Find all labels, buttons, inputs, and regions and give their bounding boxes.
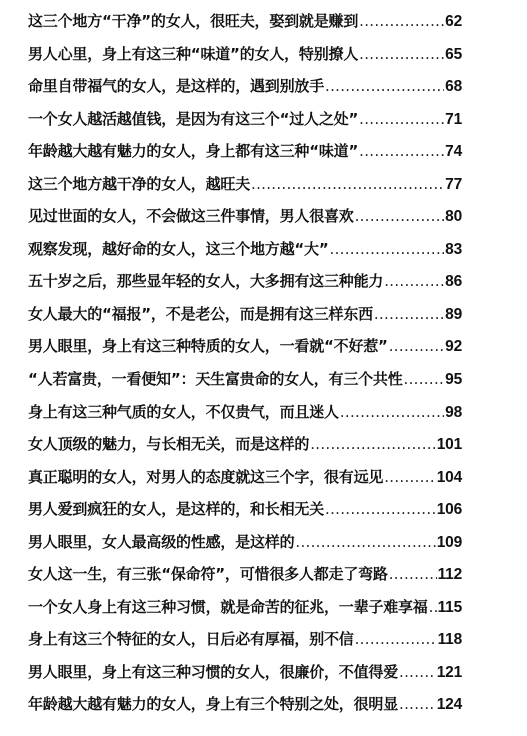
toc-entry[interactable]: 身上有这三种气质的女人，不仅贵气，而且迷人98 [28,399,462,432]
toc-entry-title: 真正聪明的女人，对男人的态度就这三个字，很有远见 [28,464,383,490]
toc-entry-title: 女人这一生，有三张“保命符”，可惜很多人都走了弯路 [28,561,388,587]
toc-entry-title: 男人眼里，女人最高级的性感，是这样的 [28,529,294,555]
toc-entry-page: 68 [445,74,462,100]
toc-entry[interactable]: 见过世面的女人，不会做这三件事情，男人很喜欢80 [28,203,462,236]
toc-entry-title: 观察发现，越好命的女人，这三个地方越“大” [28,236,329,262]
toc-entry-page: 109 [437,530,462,556]
toc-entry-title: 女人最大的“福报”，不是老公，而是拥有这三样东西 [28,301,373,327]
dot-leader [359,106,444,132]
toc-entry-title: 男人爱到疯狂的女人，是这样的，和长相无关 [28,496,324,522]
toc-entry-title: 命里自带福气的女人，是这样的，遇到别放手 [28,73,324,99]
dot-leader [404,366,445,392]
toc-entry[interactable]: 年龄越大越有魅力的女人，身上都有这三种“味道”74 [28,138,462,171]
toc-entry[interactable]: 男人心里，身上有这三种“味道”的女人，特别撩人65 [28,41,462,74]
toc-entry-title: 男人心里，身上有这三种“味道”的女人，特别撩人 [28,41,358,67]
toc-entry-title: 这三个地方“干净”的女人，很旺夫，娶到就是赚到 [28,8,358,34]
toc-entry-page: 92 [445,334,462,360]
dot-leader [384,464,436,490]
toc-entry[interactable]: 男人眼里，身上有这三种特质的女人，一看就“不好惹”92 [28,333,462,366]
dot-leader [355,203,445,229]
dot-leader [340,399,444,425]
toc-entry-title: 年龄越大越有魅力的女人，身上有三个特别之处，很明显 [28,691,398,717]
toc-entry-page: 62 [445,9,462,35]
dot-leader [374,301,444,327]
toc-entry[interactable]: 一个女人身上有这三种习惯，就是命苦的征兆，一辈子难享福115 [28,594,462,627]
dot-leader [355,626,437,652]
toc-entry-title: 女人顶级的魅力，与长相无关，而是这样的 [28,431,309,457]
toc-entry-title: 年龄越大越有魅力的女人，身上都有这三种“味道” [28,138,358,164]
toc-entry-title: 一个女人身上有这三种习惯，就是命苦的征兆，一辈子难享福 [28,594,428,620]
toc-entry-page: 83 [445,237,462,263]
toc-entry-title: 身上有这三个特征的女人，日后必有厚福，别不信 [28,626,354,652]
toc-entry-page: 121 [437,660,462,686]
toc-entry[interactable]: 一个女人越活越值钱，是因为有这三个“过人之处”71 [28,106,462,139]
toc-entry-title: 五十岁之后，那些显年轻的女人，大多拥有这三种能力 [28,268,383,294]
dot-leader [399,659,436,685]
dot-leader [389,333,444,359]
toc-entry[interactable]: 男人眼里，女人最高级的性感，是这样的109 [28,529,462,562]
dot-leader [251,171,444,197]
dot-leader [384,268,444,294]
toc-entry[interactable]: 女人这一生，有三张“保命符”，可惜很多人都走了弯路112 [28,561,462,594]
toc-entry-page: 86 [445,269,462,295]
dot-leader [325,496,436,522]
dot-leader [325,73,444,99]
toc-entry[interactable]: 观察发现，越好命的女人，这三个地方越“大”83 [28,236,462,269]
dot-leader [429,594,437,620]
toc-entry-title: “人若富贵，一看便知”：天生富贵命的女人，有三个共性 [28,366,403,392]
toc-entry[interactable]: “人若富贵，一看便知”：天生富贵命的女人，有三个共性95 [28,366,462,399]
toc-entry-title: 这三个地方越干净的女人，越旺夫 [28,171,250,197]
dot-leader [389,561,437,587]
toc-entry-title: 男人眼里，身上有这三种习惯的女人，很廉价，不值得爱 [28,659,398,685]
dot-leader [359,138,444,164]
toc-entry-page: 89 [445,302,462,328]
toc-entry-page: 115 [438,595,462,621]
dot-leader [399,691,436,717]
toc-entry[interactable]: 这三个地方越干净的女人，越旺夫77 [28,171,462,204]
toc-entry[interactable]: 男人眼里，身上有这三种习惯的女人，很廉价，不值得爱121 [28,659,462,692]
toc-entry-page: 65 [445,42,462,68]
toc-entry-page: 95 [445,367,462,393]
toc-entry-page: 112 [438,562,462,588]
toc-entry-title: 一个女人越活越值钱，是因为有这三个“过人之处” [28,106,358,132]
toc-entry-page: 101 [437,432,462,458]
toc-entry-title: 见过世面的女人，不会做这三件事情，男人很喜欢 [28,203,354,229]
toc-entry[interactable]: 这三个地方“干净”的女人，很旺夫，娶到就是赚到62 [28,8,462,41]
dot-leader [330,236,445,262]
dot-leader [359,8,444,34]
table-of-contents: 这三个地方“干净”的女人，很旺夫，娶到就是赚到62 男人心里，身上有这三种“味道… [28,8,462,724]
toc-entry-page: 98 [445,400,462,426]
toc-entry[interactable]: 五十岁之后，那些显年轻的女人，大多拥有这三种能力86 [28,268,462,301]
toc-entry-page: 104 [437,465,462,491]
toc-entry-title: 身上有这三种气质的女人，不仅贵气，而且迷人 [28,399,339,425]
toc-entry[interactable]: 男人爱到疯狂的女人，是这样的，和长相无关106 [28,496,462,529]
dot-leader [310,431,436,457]
toc-entry[interactable]: 身上有这三个特征的女人，日后必有厚福，别不信118 [28,626,462,659]
toc-entry[interactable]: 年龄越大越有魅力的女人，身上有三个特别之处，很明显124 [28,691,462,724]
dot-leader [295,529,435,555]
toc-entry[interactable]: 真正聪明的女人，对男人的态度就这三个字，很有远见104 [28,464,462,497]
toc-entry-title: 男人眼里，身上有这三种特质的女人，一看就“不好惹” [28,333,388,359]
dot-leader [359,41,444,67]
toc-entry-page: 74 [445,139,462,165]
toc-entry[interactable]: 命里自带福气的女人，是这样的，遇到别放手68 [28,73,462,106]
toc-entry-page: 80 [445,204,462,230]
toc-entry-page: 106 [437,497,462,523]
toc-entry[interactable]: 女人最大的“福报”，不是老公，而是拥有这三样东西89 [28,301,462,334]
toc-entry-page: 124 [437,692,462,718]
toc-entry-page: 118 [438,627,462,653]
toc-entry-page: 71 [445,107,462,133]
toc-entry[interactable]: 女人顶级的魅力，与长相无关，而是这样的101 [28,431,462,464]
toc-entry-page: 77 [445,172,462,198]
